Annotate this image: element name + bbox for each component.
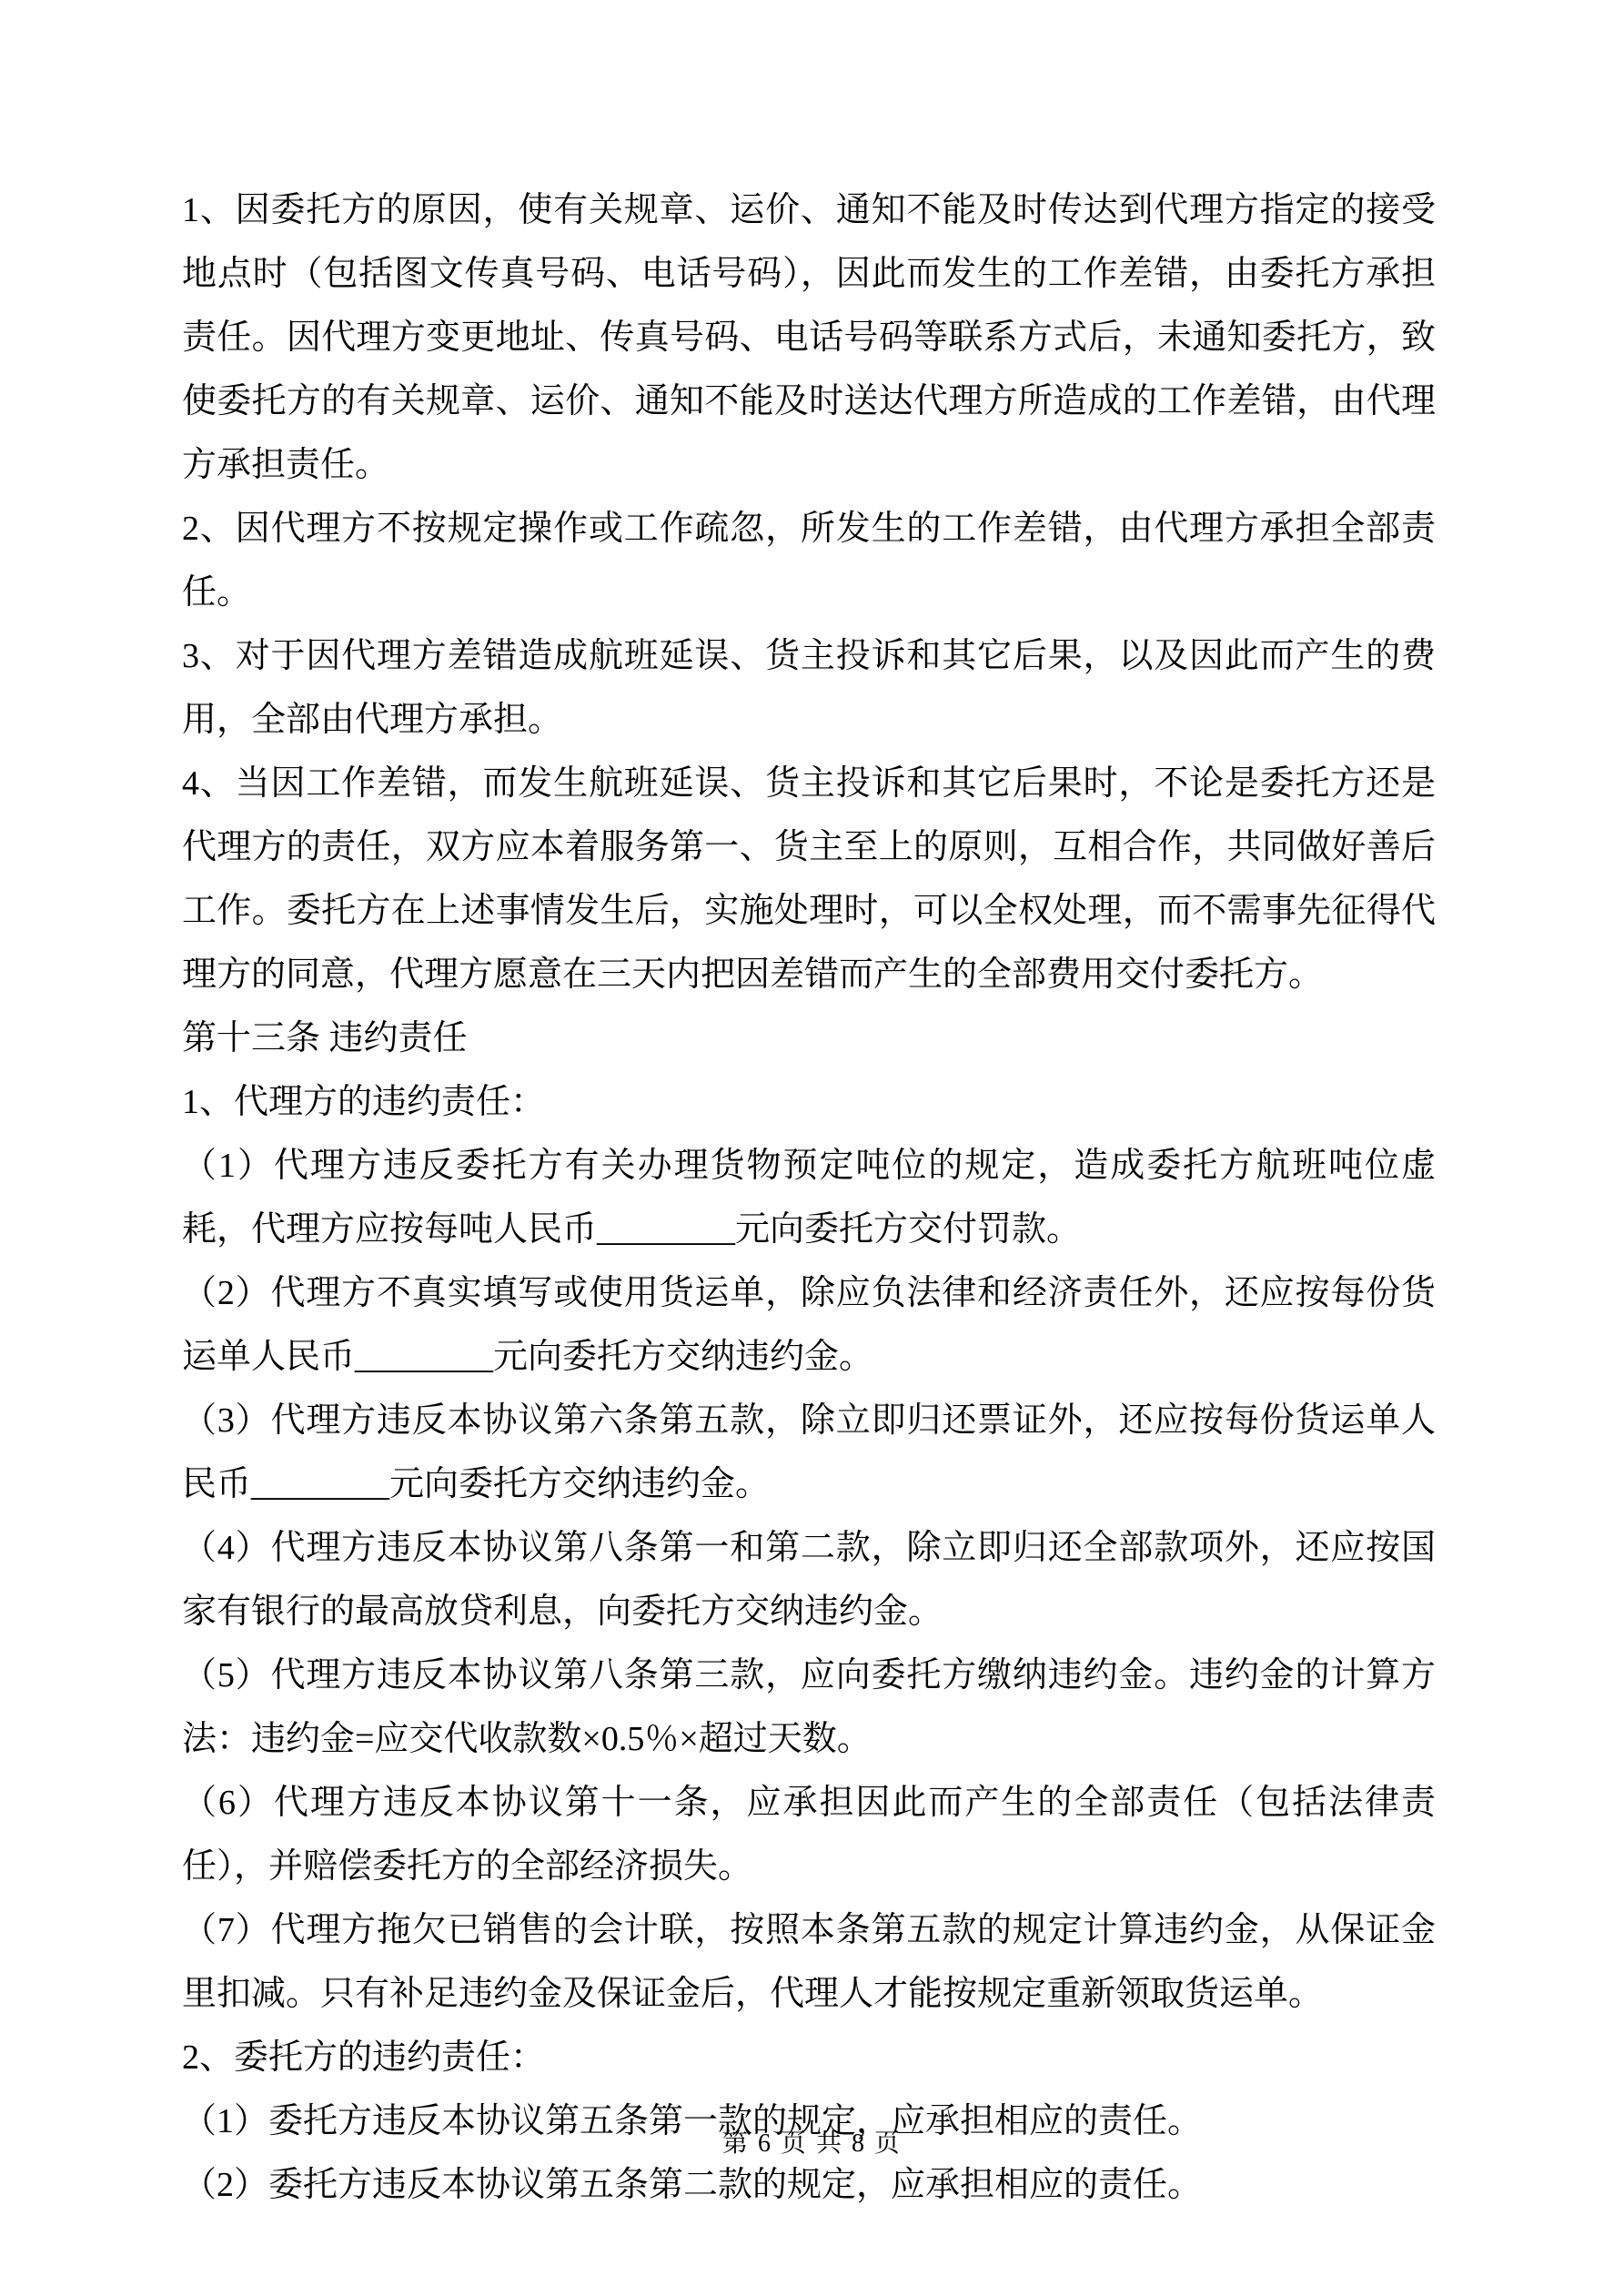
clause-13-heading: 第十三条 违约责任 xyxy=(182,1006,1436,1070)
document-page: 1、因委托方的原因，使有关规章、运价、通知不能及时传达到代理方指定的接受地点时（… xyxy=(0,0,1624,2296)
clause-13-item-2: 2、委托方的违约责任： xyxy=(182,2026,1436,2089)
clause-13-item-1-sub-4: （4）代理方违反本协议第八条第一和第二款，除立即归还全部款项外，还应按国家有银行… xyxy=(182,1516,1436,1644)
clause-13-item-1-sub-2: （2）代理方不真实填写或使用货运单，除应负法律和经济责任外，还应按每份货运单人民… xyxy=(182,1261,1436,1389)
clause-13-item-1-sub-3: （3）代理方违反本协议第六条第五款，除立即归还票证外，还应按每份货运单人民币__… xyxy=(182,1389,1436,1516)
clause-13-item-1-sub-7: （7）代理方拖欠已销售的会计联，按照本条第五款的规定计算违约金，从保证金里扣减。… xyxy=(182,1898,1436,2026)
clause-12-item-3: 3、对于因代理方差错造成航班延误、货主投诉和其它后果，以及因此而产生的费用，全部… xyxy=(182,624,1436,752)
clause-13-item-1-sub-1: （1）代理方违反委托方有关办理货物预定吨位的规定，造成委托方航班吨位虚耗，代理方… xyxy=(182,1134,1436,1261)
clause-13-item-2-sub-2: （2）委托方违反本协议第五条第二款的规定，应承担相应的责任。 xyxy=(182,2153,1436,2217)
clause-13-item-1-sub-5: （5）代理方违反本协议第八条第三款，应向委托方缴纳违约金。违约金的计算方法：违约… xyxy=(182,1644,1436,1771)
clause-13-item-1: 1、代理方的违约责任： xyxy=(182,1070,1436,1134)
page-number-footer: 第 6 页 共 8 页 xyxy=(0,2126,1624,2162)
contract-body: 1、因委托方的原因，使有关规章、运价、通知不能及时传达到代理方指定的接受地点时（… xyxy=(182,178,1436,2217)
clause-12-item-2: 2、因代理方不按规定操作或工作疏忽，所发生的工作差错，由代理方承担全部责任。 xyxy=(182,497,1436,624)
clause-12-item-4: 4、当因工作差错，而发生航班延误、货主投诉和其它后果时，不论是委托方还是代理方的… xyxy=(182,752,1436,1006)
clause-13-item-1-sub-6: （6）代理方违反本协议第十一条，应承担因此而产生的全部责任（包括法律责任），并赔… xyxy=(182,1771,1436,1898)
clause-12-item-1: 1、因委托方的原因，使有关规章、运价、通知不能及时传达到代理方指定的接受地点时（… xyxy=(182,178,1436,497)
